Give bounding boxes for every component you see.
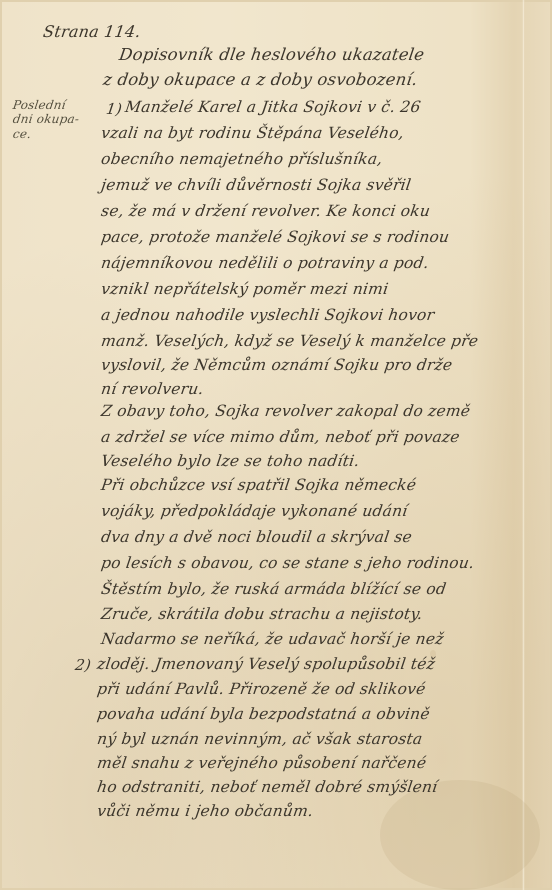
entry-1-line: Manželé Karel a Jitka Sojkovi v č. 26 [124,98,422,116]
entry-1-line: Z obavy toho, Sojka revolver zakopal do … [100,402,471,420]
margin-note-line-1: Poslední [12,98,67,112]
paper-stain [380,780,540,890]
entry-1-line: Štěstím bylo, že ruská armáda blížící se… [100,580,447,598]
entry-1-line: vznikl nepřátelský poměr mezi nimi [100,280,390,298]
entry-1-line: vojáky, předpokládaje vykonané udání [100,502,409,520]
margin-note-line-2: dni okupa- [12,112,80,126]
entry-1-line: a zdržel se více mimo dům, neboť při pov… [100,428,461,446]
title-line-2: z doby okupace a z doby osvobození. [102,70,419,89]
entry-1-line: obecního nemajetného příslušníka, [100,150,384,168]
entry-1-line: Při obchůzce vsí spatřil Sojka německé [100,476,417,494]
entry-2-line: povaha udání byla bezpodstatná a obvině [96,705,431,723]
margin-note-line-3: ce. [12,127,32,141]
entry-2-number: 2) [74,656,92,674]
entry-1-line: vyslovil, že Němcům oznámí Sojku pro drž… [100,356,454,374]
entry-1-line: pace, protože manželé Sojkovi se s rodin… [100,228,451,246]
entry-1-line: Nadarmo se neříká, že udavač horší je ne… [100,630,445,648]
entry-2-line: ho odstraniti, neboť neměl dobré smýšlen… [96,778,439,796]
entry-1-number: 1) [105,100,123,118]
entry-1-line: jemuž ve chvíli důvěrnosti Sojka svěřil [100,176,412,194]
entry-1-line: Veselého bylo lze se toho nadíti. [100,452,361,470]
entry-1-line: se, že má v držení revolver. Ke konci ok… [100,202,431,220]
entry-2-line: vůči němu i jeho občanům. [96,802,314,820]
entry-1-line: Zruče, skrátila dobu strachu a nejistoty… [100,605,424,623]
entry-2-line: ný byl uznán nevinným, ač však starosta [96,730,424,748]
entry-1-line: manž. Veselých, když se Veselý k manželc… [100,332,480,350]
entry-1-line: nájemníkovou nedělili o potraviny a pod. [100,254,430,272]
entry-1-line: po lesích s obavou, co se stane s jeho r… [100,554,475,572]
page-fold [522,0,525,890]
entry-1-line: a jednou nahodile vyslechli Sojkovi hovo… [100,306,436,324]
entry-1-line: ní revolveru. [100,380,205,398]
entry-2-line: měl snahu z veřejného působení nařčené [96,754,428,772]
title-line-1: Dopisovník dle heslového ukazatele [118,45,426,64]
document-page: Strana 114. Dopisovník dle heslového uka… [0,0,552,890]
entry-1-line: dva dny a dvě noci bloudil a skrýval se [100,528,413,546]
entry-2-line: při udání Pavlů. Přirozeně že od sklikov… [96,680,427,698]
entry-2-line: zloděj. Jmenovaný Veselý spolupůsobil té… [96,655,436,673]
entry-1-line: vzali na byt rodinu Štěpána Veselého, [100,124,405,142]
page-header: Strana 114. [42,22,142,41]
